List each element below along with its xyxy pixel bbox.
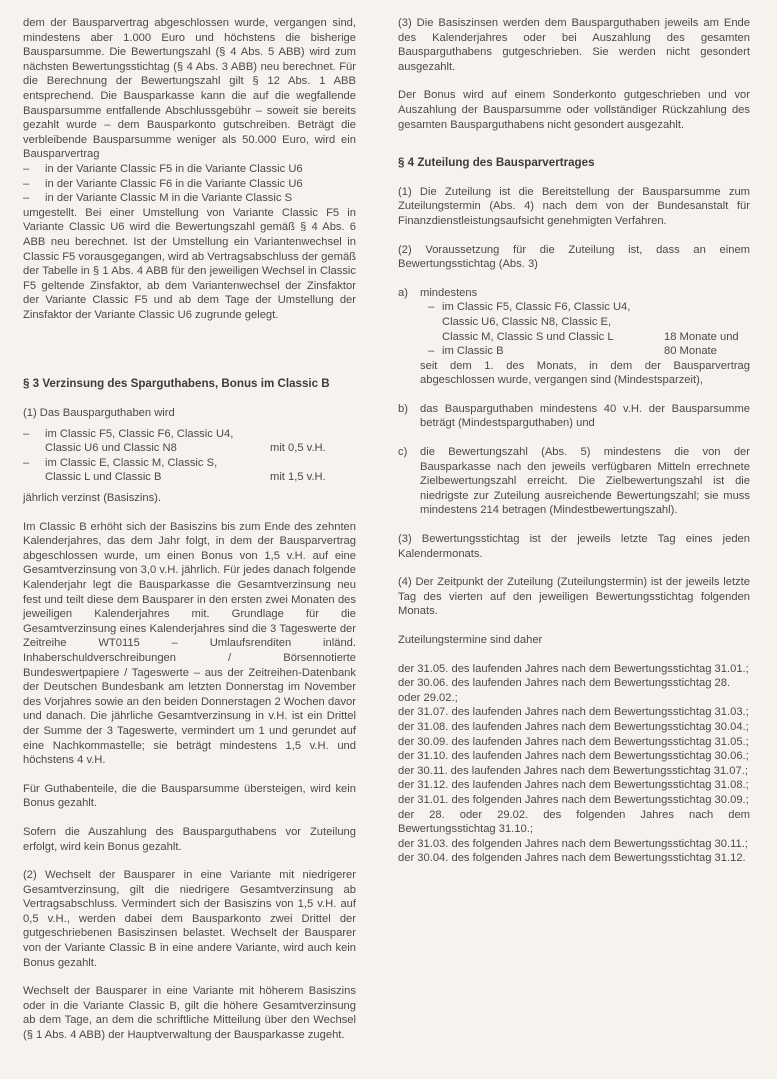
min-period-value: 80 Monate [664, 344, 750, 359]
interest-rate-row: – im Classic E, Classic M, Classic S, Cl… [23, 456, 356, 485]
allocation-date-item: der 30.06. des laufenden Jahres nach dem… [398, 676, 750, 705]
variant-list: im Classic F5, Classic F6, Classic U4, C… [442, 300, 664, 344]
section-3-para-1-intro: (1) Das Bausparguthaben wird [23, 406, 356, 421]
conversion-paragraph: umgestellt. Bei einer Umstellung von Var… [23, 206, 356, 323]
list-item-text: in der Variante Classic F5 in die Varian… [45, 162, 356, 177]
variant-line: Classic U6, Classic N8, Classic E, [442, 315, 664, 330]
section-4-para-2-intro: (2) Voraussetzung für die Zuteilung ist,… [398, 243, 750, 272]
rate-variants-line-2: Classic L und Classic B [45, 470, 270, 485]
rate-variants: im Classic E, Classic M, Classic S, Clas… [45, 456, 270, 485]
allocation-date-item: der 31.05. des laufenden Jahres nach dem… [398, 662, 750, 677]
min-period-value: 18 Monate und [664, 330, 750, 345]
min-saving-period-row: – im Classic F5, Classic F6, Classic U4,… [420, 300, 750, 344]
allocation-date-item: der 28. oder 29.02. des folgenden Jahres… [398, 808, 750, 837]
condition-a-outro: seit dem 1. des Monats, in dem der Bausp… [420, 359, 750, 388]
rate-variants-line-1: im Classic F5, Classic F6, Classic U4, [45, 427, 270, 442]
dash-bullet: – [23, 456, 45, 485]
condition-a-intro: mindestens [420, 286, 750, 301]
conversion-list: – in der Variante Classic F5 in die Vari… [23, 162, 356, 206]
list-item-text: in der Variante Classic M in die Variant… [45, 191, 356, 206]
section-3-para-2: (2) Wechselt der Bausparer in eine Varia… [23, 868, 356, 970]
intro-paragraph: dem der Bausparvertrag abgeschlossen wur… [23, 16, 356, 162]
condition-a: a) mindestens – im Classic F5, Classic F… [398, 286, 750, 388]
variant-line: im Classic B [442, 344, 664, 359]
list-item: – in der Variante Classic F6 in die Vari… [23, 177, 356, 192]
allocation-date-item: der 31.01. des folgenden Jahres nach dem… [398, 793, 750, 808]
section-4-para-1: (1) Die Zuteilung ist die Bereitstellung… [398, 185, 750, 229]
rate-variants: im Classic F5, Classic F6, Classic U4, C… [45, 427, 270, 456]
condition-label: a) [398, 286, 420, 388]
section-3-heading: § 3 Verzinsung des Sparguthabens, Bonus … [23, 377, 356, 392]
early-payout-paragraph: Sofern die Auszahlung des Bausparguthabe… [23, 825, 356, 854]
allocation-date-item: der 31.10. des laufenden Jahres nach dem… [398, 749, 750, 764]
list-item: – in der Variante Classic M in die Varia… [23, 191, 356, 206]
left-column: dem der Bausparvertrag abgeschlossen wur… [23, 16, 356, 1043]
bonus-account-paragraph: Der Bonus wird auf einem Sonderkonto gut… [398, 88, 750, 132]
dash-bullet: – [23, 427, 45, 456]
allocation-date-item: der 31.03. des folgenden Jahres nach dem… [398, 837, 750, 852]
section-4-heading: § 4 Zuteilung des Bausparvertrages [398, 156, 750, 171]
variant-list: im Classic B [442, 344, 664, 359]
allocation-dates-intro: Zuteilungstermine sind daher [398, 633, 750, 648]
allocation-date-item: der 31.12. des laufenden Jahres nach dem… [398, 778, 750, 793]
allocation-dates-list: der 31.05. des laufenden Jahres nach dem… [398, 662, 750, 866]
section-4-para-4: (4) Der Zeitpunkt der Zuteilung (Zuteilu… [398, 575, 750, 619]
dash-bullet: – [428, 344, 442, 359]
min-saving-period-row: – im Classic B 80 Monate [420, 344, 750, 359]
condition-b-text: das Bausparguthaben mindestens 40 v.H. d… [420, 402, 750, 431]
section-3-para-2-higher-rate: Wechselt der Bausparer in eine Variante … [23, 984, 356, 1042]
dash-bullet: – [428, 300, 442, 344]
list-item: – in der Variante Classic F5 in die Vari… [23, 162, 356, 177]
variant-line: Classic M, Classic S und Classic L [442, 330, 664, 345]
condition-label: c) [398, 445, 420, 518]
interest-rate-row: – im Classic F5, Classic F6, Classic U4,… [23, 427, 356, 456]
bonus-paragraph: Im Classic B erhöht sich der Basiszins b… [23, 520, 356, 768]
rate-variants-line-2: Classic U6 und Classic N8 [45, 441, 270, 456]
allocation-date-item: der 30.04. des folgenden Jahres nach dem… [398, 851, 750, 866]
condition-label: b) [398, 402, 420, 431]
section-3-para-1-outro: jährlich verzinst (Basiszins). [23, 491, 356, 506]
rate-variants-line-1: im Classic E, Classic M, Classic S, [45, 456, 270, 471]
condition-c-text: die Bewertungszahl (Abs. 5) mindestens d… [420, 445, 750, 518]
condition-c: c) die Bewertungszahl (Abs. 5) mindesten… [398, 445, 750, 518]
rate-value: mit 0,5 v.H. [270, 441, 356, 456]
dash-bullet: – [23, 162, 45, 177]
section-4-para-3: (3) Bewertungsstichtag ist der jeweils l… [398, 532, 750, 561]
section-3-para-3: (3) Die Basiszinsen werden dem Bauspargu… [398, 16, 750, 74]
dash-bullet: – [23, 177, 45, 192]
condition-body: mindestens – im Classic F5, Classic F6, … [420, 286, 750, 388]
excess-balance-paragraph: Für Guthabenteile, die die Bausparsumme … [23, 782, 356, 811]
condition-b: b) das Bausparguthaben mindestens 40 v.H… [398, 402, 750, 431]
right-column: (3) Die Basiszinsen werden dem Bauspargu… [398, 16, 750, 866]
allocation-date-item: der 30.11. des laufenden Jahres nach dem… [398, 764, 750, 779]
list-item-text: in der Variante Classic F6 in die Varian… [45, 177, 356, 192]
allocation-date-item: der 31.07. des laufenden Jahres nach dem… [398, 705, 750, 720]
variant-line: im Classic F5, Classic F6, Classic U4, [442, 300, 664, 315]
allocation-date-item: der 31.08. des laufenden Jahres nach dem… [398, 720, 750, 735]
allocation-date-item: der 30.09. des laufenden Jahres nach dem… [398, 735, 750, 750]
dash-bullet: – [23, 191, 45, 206]
rate-value: mit 1,5 v.H. [270, 470, 356, 485]
